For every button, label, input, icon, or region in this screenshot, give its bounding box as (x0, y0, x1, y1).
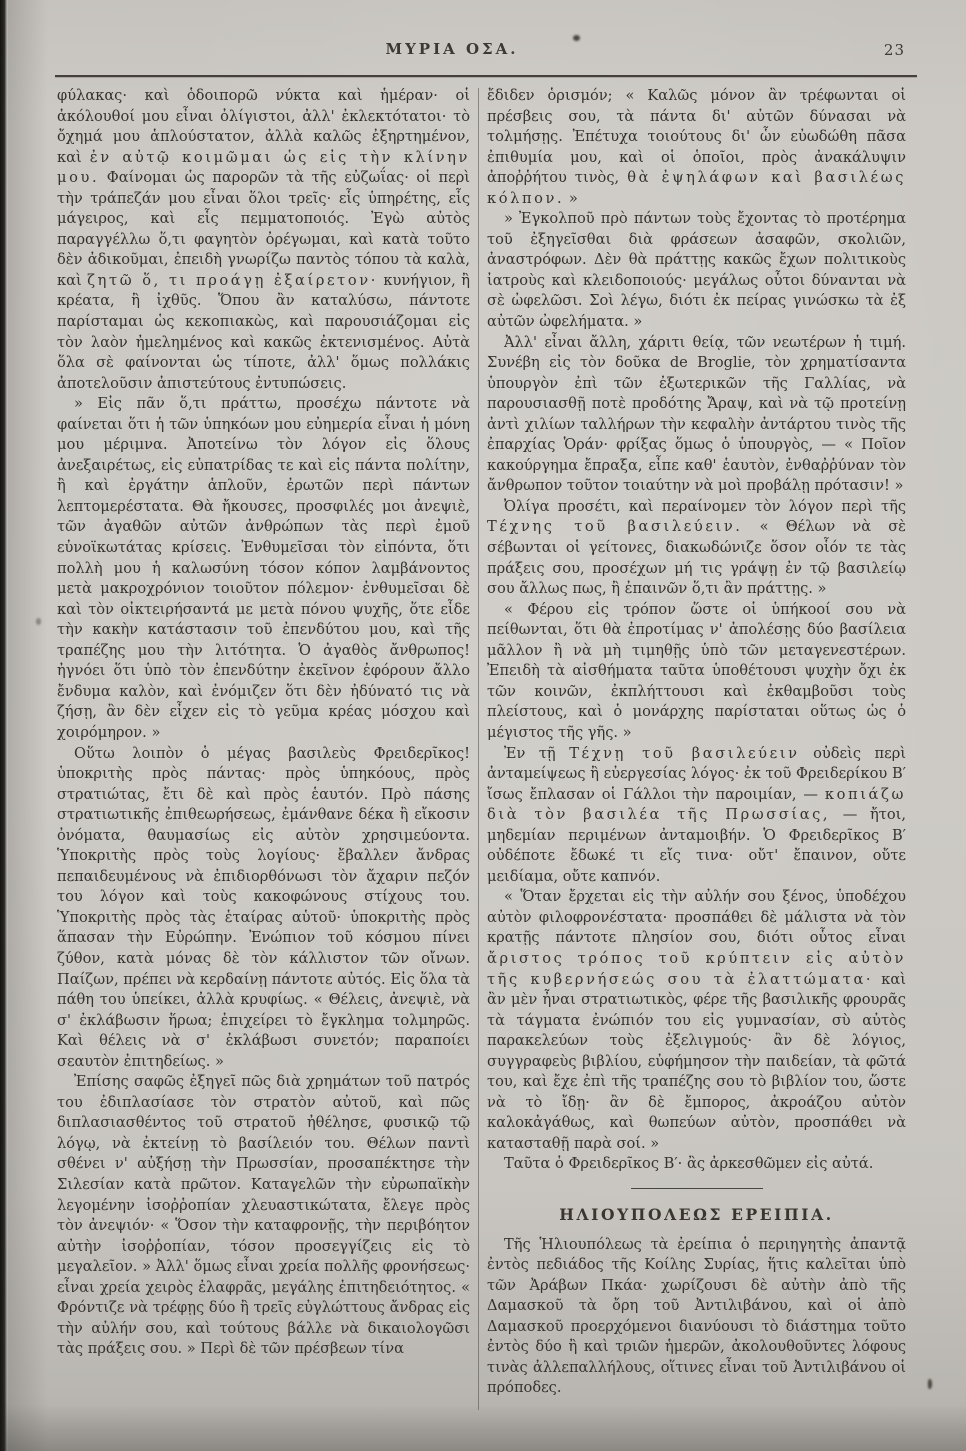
scan-artifact (928, 1379, 932, 1389)
text-run: » (564, 190, 578, 207)
text-run: Ὀλίγα προσέτι, καὶ περαίνομεν τὸν λόγον … (504, 498, 906, 515)
paragraph: Ταῦτα ὁ Φρειδερῖκος Β′· ἂς ἀρκεσθῶμεν εἰ… (487, 1154, 906, 1175)
paragraph: « Ὅταν ἔρχεται εἰς τὴν αὐλήν σου ξένος, … (487, 887, 906, 1154)
text-run: , τὸν χρηματίσαντα ὑπουργὸν ἐπὶ τῶν ἐξωτ… (487, 354, 906, 494)
text-run: Τῆς Ἡλιουπόλεως τὰ ἐρείπια ὁ περιηγητὴς … (487, 1236, 906, 1397)
paragraph: Οὕτω λοιπὸν ὁ μέγας βασιλεὺς Φρειδερῖκος… (57, 744, 470, 1073)
section-heading: ΗΛΙΟΥΠΟΛΕΩΣ ΕΡΕΙΠΙΑ. (487, 1205, 906, 1226)
paragraph: « Φέρου εἰς τρόπον ὥστε οἱ ὑπήκοοί σου ν… (487, 600, 906, 744)
scan-shadow-left (8, 0, 48, 1451)
paragraph: φύλακας· καὶ ὁδοιπορῶ νύκτα καὶ ἡμέραν· … (57, 86, 470, 394)
text-run: ἄριστος τρόπος τοῦ κρύπτειν εἰς αὐτὸν τῆ… (487, 950, 906, 988)
scanned-book-page: ΜΥΡΙΑ ΟΣΑ. 23 φύλακας· καὶ ὁδοιπορῶ νύκτ… (0, 0, 966, 1451)
text-run: κυνήγιον, ἢ κρέατα, ἢ ἰχθῦς. Ὅπου ἂν κατ… (57, 272, 470, 392)
paragraph: ἔδιδεν ὁρισμόν; « Καλῶς μόνον ἂν τρέφωντ… (487, 86, 906, 209)
text-run: Οὕτω λοιπὸν ὁ μέγας βασιλεὺς Φρειδερῖκος… (57, 745, 470, 1070)
text-run: Ταῦτα ὁ Φρειδερῖκος Β′· ἂς ἀρκεσθῶμεν εἰ… (504, 1155, 873, 1172)
text-run: « Ὅταν ἔρχεται εἰς τὴν αὐλήν σου ξένος, … (487, 888, 906, 946)
text-run: Τέχνης τοῦ βασιλεύειν. (487, 518, 743, 535)
paragraph: Ἐπίσης σαφῶς ἐξηγεῖ πῶς διὰ χρημάτων τοῦ… (57, 1072, 470, 1360)
text-run: de Broglie (670, 354, 751, 371)
running-title: ΜΥΡΙΑ ΟΣΑ. (22, 40, 882, 58)
scan-artifact (36, 618, 41, 625)
text-run: » Ἐγκολποῦ πρὸ πάντων τοὺς ἔχοντας τὸ πρ… (487, 210, 906, 330)
text-run: Τέχνῃ τοῦ βασιλεύειν (569, 745, 799, 762)
scan-edge-strip (0, 0, 8, 1451)
paragraph: Ἀλλ' εἶναι ἄλλη, χάριτι θείᾳ, τῶν νεωτέρ… (487, 333, 906, 497)
text-run: » Εἰς πᾶν ὅ,τι πράττω, προσέχω πάντοτε ν… (57, 395, 470, 741)
page-number: 23 (884, 41, 905, 59)
text-run: Ἐν τῇ (504, 745, 569, 762)
text-run: « Φέρου εἰς τρόπον ὥστε οἱ ὑπήκοοί σου ν… (487, 601, 906, 741)
paragraph: Ὀλίγα προσέτι, καὶ περαίνομεν τὸν λόγον … (487, 497, 906, 600)
paragraph: Ἐν τῇ Τέχνῃ τοῦ βασιλεύειν οὐδεὶς περὶ ἀ… (487, 744, 906, 888)
header-rule (55, 75, 917, 77)
paragraph: Τῆς Ἡλιουπόλεως τὰ ἐρείπια ὁ περιηγητὴς … (487, 1235, 906, 1399)
text-run: καὶ ἂν μὲν ἦναι στρατιωτικὸς, φέρε τῆς β… (487, 971, 906, 1152)
section-divider-rule (631, 1188, 763, 1189)
text-column-right: ἔδιδεν ὁρισμόν; « Καλῶς μόνον ἂν τρέφωντ… (487, 86, 906, 1399)
paragraph: » Εἰς πᾶν ὅ,τι πράττω, προσέχω πάντοτε ν… (57, 394, 470, 743)
paragraph: » Ἐγκολποῦ πρὸ πάντων τοὺς ἔχοντας τὸ πρ… (487, 209, 906, 332)
column-divider (478, 88, 479, 1410)
text-column-left: φύλακας· καὶ ὁδοιπορῶ νύκτα καὶ ἡμέραν· … (57, 86, 470, 1360)
text-run: Ἐπίσης σαφῶς ἐξηγεῖ πῶς διὰ χρημάτων τοῦ… (57, 1073, 470, 1357)
running-head: ΜΥΡΙΑ ΟΣΑ. 23 (57, 40, 917, 64)
scan-shadow-bottom (0, 1405, 966, 1451)
text-run: ζητῶ ὅ, τι προάγῃ ἐξαίρετον· (87, 272, 378, 289)
